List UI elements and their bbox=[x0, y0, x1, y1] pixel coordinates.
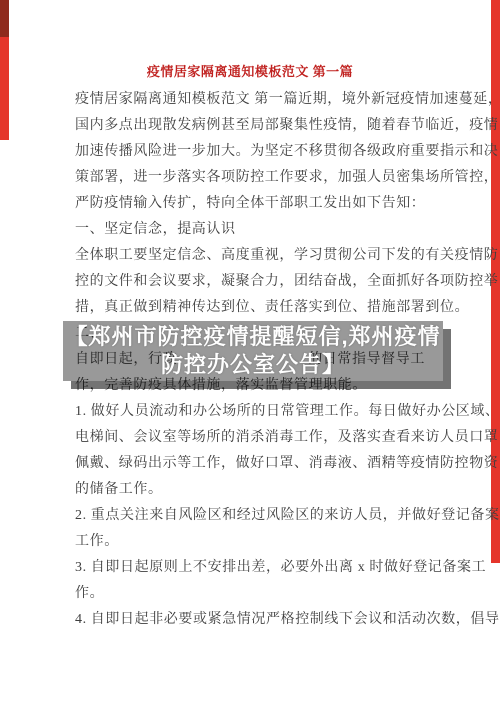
document-page: 疫情居家隔离通知模板范文 第一篇 疫情居家隔离通知模板范文 第一篇近期，境外新冠… bbox=[0, 0, 500, 706]
document-line: 佩戴、绿码出示等工作，做好口罩、消毒液、酒精等疫情防控物资 bbox=[75, 451, 425, 477]
document-line: 控的文件和会议要求，凝聚合力，团结奋战，全面抓好各项防控举 bbox=[75, 269, 425, 295]
document-line: 4. 自即日起非必要或紧急情况严格控制线下会议和活动次数，倡导 bbox=[75, 607, 425, 633]
document-line: 的储备工作。 bbox=[75, 477, 425, 503]
document-line: 加速传播风险进一步加大。为坚定不移贯彻各级政府重要指示和决 bbox=[75, 139, 425, 165]
document-line: 1. 做好人员流动和办公场所的日常管理工作。每日做好办公区域、 bbox=[75, 399, 425, 425]
watermark-banner: 【郑州市防控疫情提醒短信,郑州疫情 防控办公室公告】 bbox=[63, 321, 443, 381]
document-line: 国内多点出现散发病例甚至局部聚集性疫情，随着春节临近，疫情 bbox=[75, 113, 425, 139]
document-line: 严防疫情输入传扩，特向全体干部职工发出如下告知： bbox=[75, 191, 425, 217]
document-line: 作。 bbox=[75, 581, 425, 607]
document-line: 2. 重点关注来自风险区和经过风险区的来访人员，并做好登记备案 bbox=[75, 503, 425, 529]
document-line: 3. 自即日起原则上不安排出差，必要外出离 x 时做好登记备案工 bbox=[75, 555, 425, 581]
left-edge-marker-dark bbox=[0, 0, 9, 37]
document-line: 工作。 bbox=[75, 529, 425, 555]
document-title: 疫情居家隔离通知模板范文 第一篇 bbox=[75, 62, 425, 82]
document-line: 一、坚定信念，提高认识 bbox=[75, 217, 425, 243]
watermark-line-2: 防控办公室公告】 bbox=[63, 351, 443, 379]
left-edge-marker-red bbox=[0, 37, 9, 140]
document-line: 疫情居家隔离通知模板范文 第一篇近期，境外新冠疫情加速蔓延， bbox=[75, 87, 425, 113]
document-line: 措，真正做到精神传达到位、责任落实到位、措施部署到位。 bbox=[75, 295, 425, 321]
document-line: 电梯间、会议室等场所的消杀消毒工作，及落实查看来访人员口罩 bbox=[75, 425, 425, 451]
document-line: 策部署，进一步落实各项防控工作要求，加强人员密集场所管控， bbox=[75, 165, 425, 191]
watermark-line-1: 【郑州市防控疫情提醒短信,郑州疫情 bbox=[63, 323, 443, 351]
document-line: 全体职工要坚定信念、高度重视，学习贯彻公司下发的有关疫情防 bbox=[75, 243, 425, 269]
